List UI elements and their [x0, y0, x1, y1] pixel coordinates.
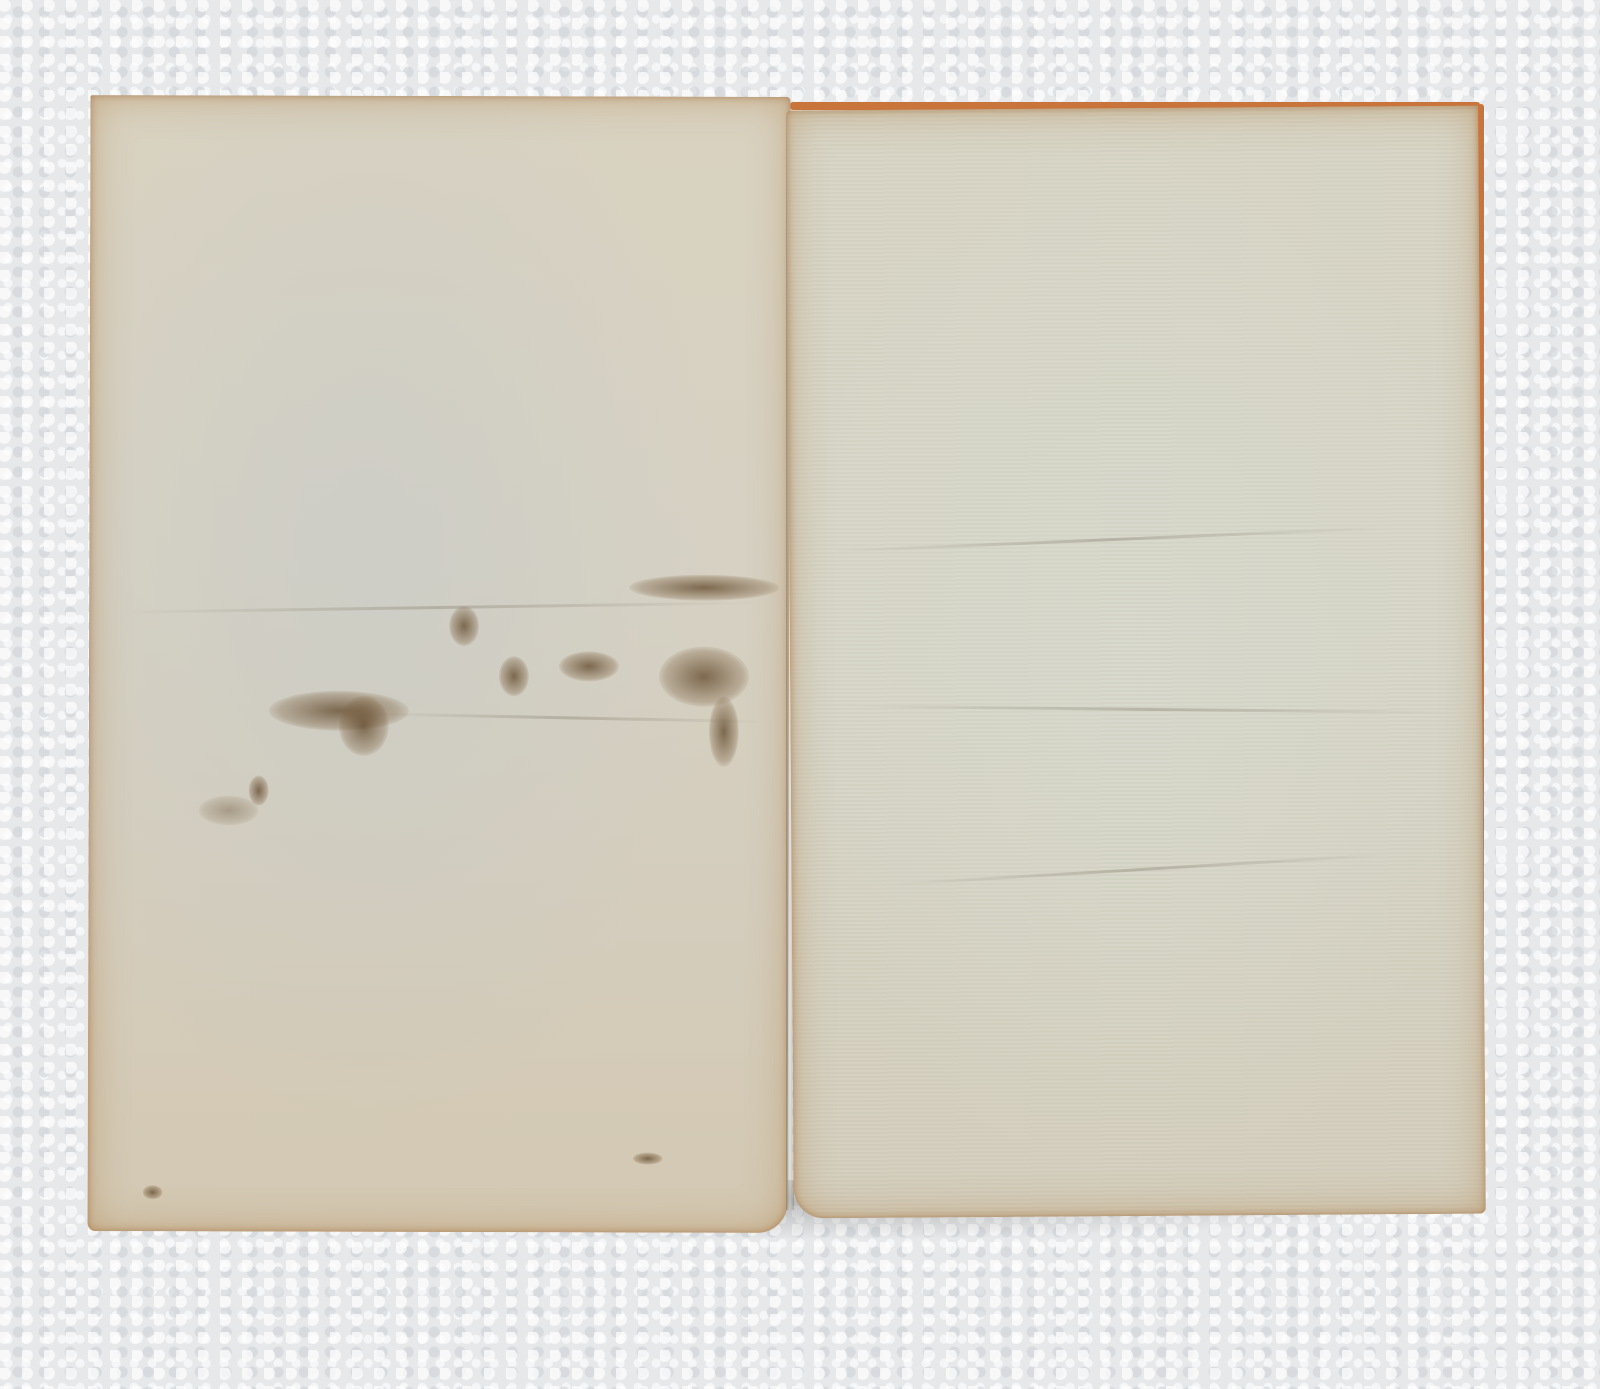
stain-mark	[633, 1153, 663, 1165]
page-crease	[119, 601, 759, 613]
stain-mark	[143, 1185, 163, 1199]
page-crease	[829, 526, 1389, 552]
photo-scene	[0, 0, 1600, 1389]
stain-mark	[709, 697, 739, 767]
stain-mark	[339, 696, 389, 756]
stain-mark	[559, 651, 619, 681]
stain-mark	[449, 606, 479, 646]
stain-mark	[199, 795, 259, 825]
stain-mark	[659, 647, 749, 707]
right-page	[786, 106, 1486, 1219]
stain-mark	[629, 574, 779, 600]
left-page	[88, 95, 791, 1233]
page-crease	[850, 705, 1450, 714]
page-crease	[892, 853, 1391, 886]
stain-mark	[499, 656, 529, 696]
